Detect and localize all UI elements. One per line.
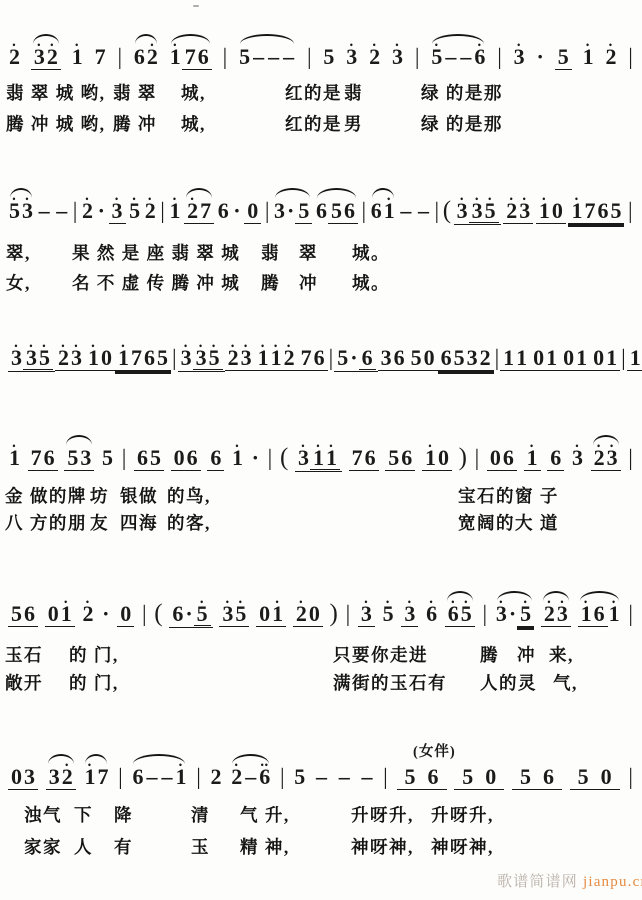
note: •1 [174, 766, 187, 788]
note: 5 [66, 447, 79, 469]
lyric-text: 男 [344, 115, 363, 134]
octave-dot: • [274, 342, 278, 351]
beam-group: 76 [298, 347, 328, 371]
lyric-text: 腾 冲 [113, 115, 157, 134]
watermark-site-name: 歌谱简谱网 [497, 874, 578, 890]
note: •3 [297, 447, 310, 469]
note: •3 [345, 46, 358, 68]
octave-dot: • [464, 598, 468, 607]
octave-dot: • [42, 342, 46, 351]
octave-dot: • [475, 195, 479, 204]
barline: | [328, 346, 335, 369]
note: 7 [94, 46, 107, 68]
note: •3 [513, 46, 526, 68]
lyric-text: 敞开 [5, 674, 43, 693]
notation-line: 560•1•2·0|(6·•5•3•50•1•20)|•3•5•3•6•6•5|… [8, 583, 634, 628]
note: •2 [8, 46, 21, 68]
note: •2 [230, 766, 243, 788]
lyric-text: 女, [6, 274, 31, 293]
octave-dot: • [408, 598, 412, 607]
beam-group: •16 [578, 603, 608, 627]
octave-dot: • [575, 442, 579, 451]
lyric-text: 气 升, [240, 806, 290, 825]
lyric-text: 八 方的朋 [5, 514, 87, 533]
note: •5 [382, 603, 395, 625]
octave-dot: • [12, 195, 16, 204]
note: 5 [336, 347, 349, 369]
beam-group: 56 [385, 447, 415, 471]
beam-group: 01 [590, 347, 620, 371]
slur-group: •2•3 [591, 447, 621, 471]
duration-dash: – [398, 200, 413, 222]
parenthesis: ) [330, 601, 338, 626]
note: 5 [330, 200, 343, 222]
note: •1 [257, 347, 270, 369]
beam-group: •2•3 [541, 603, 571, 627]
octave-dot: • [235, 761, 239, 770]
note: •6 [425, 603, 438, 625]
note: •1 [117, 347, 130, 369]
octave-dot: • [235, 442, 239, 451]
note: 0 [437, 447, 450, 469]
scan-artifact [193, 5, 199, 7]
barline: | [171, 346, 178, 369]
beam-group: •3•5 [219, 603, 249, 627]
beam-group: 01 [530, 347, 560, 371]
note: 6 [197, 46, 210, 68]
slur-arc [317, 188, 356, 198]
beam-group: 0•1 [45, 603, 75, 627]
beam-group: 76 [182, 46, 212, 70]
note: 6 [171, 603, 184, 625]
note: •6 [473, 46, 486, 68]
beam-group: 11 [500, 347, 530, 371]
beam-group: •1765 [115, 347, 171, 371]
octave-dot: • [244, 342, 248, 351]
octave-dot: • [133, 195, 137, 204]
beam-group: 6 [359, 347, 376, 370]
notation-line: •2•3•2•17|6•2•176|5–––|5•3•2•3|•5––•6|•3… [8, 27, 634, 70]
note: •3 [403, 603, 416, 625]
note: •2 [368, 46, 381, 68]
augmentation-dot: · [101, 603, 110, 625]
duration-dash: – [359, 766, 374, 788]
note: 6 [133, 46, 146, 68]
parenthesis: ( [280, 445, 288, 470]
octave-dot: • [121, 342, 125, 351]
note: •1 [526, 447, 539, 469]
duration-dash: – [458, 46, 473, 68]
beam-group: •3 [401, 603, 418, 627]
duration-dash: – [314, 766, 329, 788]
barline: | [306, 45, 313, 68]
lyric-text: 宽阔的大 道 [458, 514, 559, 533]
slur-group: 6––•1 [131, 766, 187, 788]
beam-group: 0 [117, 603, 134, 627]
beam-group: 76 [28, 447, 58, 471]
note: •3 [33, 46, 46, 68]
octave-dot: • [261, 342, 265, 351]
note: 0 [484, 766, 497, 788]
slur-arc [48, 754, 74, 764]
octave-dot: • [226, 598, 230, 607]
beam-group: 65 [134, 447, 164, 471]
note: 0 [423, 347, 436, 369]
beam-group: 0 [244, 200, 261, 224]
slur-group: •176 [169, 46, 212, 70]
lyric-text: 宝石的窗 子 [458, 487, 559, 506]
note: •5 [460, 603, 473, 625]
duration-dash: – [281, 46, 296, 68]
note: 7 [30, 447, 43, 469]
duration-dash: – [416, 200, 431, 222]
lyric-text: 升呀升, [431, 806, 494, 825]
beam-group: •5 [194, 603, 211, 626]
note: •3 [111, 200, 124, 222]
octave-dot: • [560, 598, 564, 607]
note: •1 [87, 347, 100, 369]
note: 1 [502, 347, 515, 369]
lyric-text: 四海 [120, 514, 158, 533]
note: 3 [466, 347, 479, 369]
note: •5 [38, 347, 51, 369]
octave-dot: • [547, 598, 551, 607]
lyric-text: 城, [181, 115, 206, 134]
beam-group: •2•3 [225, 347, 255, 371]
note: •3 [391, 46, 404, 68]
octave-dot: • [429, 598, 433, 607]
beam-group: 36 [378, 347, 408, 371]
note: •2 [505, 200, 518, 222]
note: 5 [609, 200, 622, 222]
octave-dot: • [435, 41, 439, 50]
octave-dot: • [597, 442, 601, 451]
note: 5 [410, 347, 423, 369]
barline: | [627, 45, 634, 68]
note: •1 [608, 603, 621, 625]
slur-group: 53 [64, 447, 94, 471]
beam-group: 11 [627, 347, 642, 371]
note: 6 [502, 447, 515, 469]
slur-group: •5––•6 [430, 46, 486, 68]
note: 0 [489, 447, 502, 469]
octave-dot: • [517, 41, 521, 50]
octave-dot: • [173, 195, 177, 204]
octave-dot: • [65, 761, 69, 770]
lyric-text: 满街的玉石有 [333, 674, 447, 693]
octave-dot: • [488, 195, 492, 204]
note: 1 [575, 347, 588, 369]
note: •1 [8, 447, 21, 469]
note: •1 [424, 447, 437, 469]
barline: | [117, 765, 124, 788]
lyric-text: 有 [114, 838, 133, 857]
beam-group: 50 [454, 766, 504, 790]
octave-dot: • [299, 598, 303, 607]
lyric-text: 友 [90, 514, 109, 533]
note: 6 [143, 347, 156, 369]
note: •1 [270, 347, 283, 369]
octave-dot: • [64, 598, 68, 607]
note: •2 [146, 46, 159, 68]
lyric-text: 腾 冲 城 哟, [6, 115, 106, 134]
slur-group: 3·5 [273, 200, 312, 224]
octave-dot: • [428, 442, 432, 451]
note: •1 [271, 603, 284, 625]
barline: | [496, 45, 503, 68]
note: •1 [580, 603, 593, 625]
beam-group: 01 [560, 347, 590, 371]
beam-group: •3•3•5 [8, 347, 55, 372]
note: 7 [351, 447, 364, 469]
octave-dot: • [386, 598, 390, 607]
note: 0 [308, 603, 321, 625]
note: •5 [484, 200, 497, 222]
beam-group: 56 [397, 766, 447, 790]
octave-dot: • [460, 195, 464, 204]
note: •2 [593, 447, 606, 469]
note: 6 [361, 347, 374, 369]
note: 0 [119, 603, 132, 625]
slur-group: •3·•5 [495, 603, 534, 627]
lyric-text: 只要你走进 [333, 646, 428, 665]
beam-group: •10 [422, 447, 452, 471]
parenthesis: ) [459, 445, 467, 470]
note: 6 [393, 347, 406, 369]
beam-group: 56 [512, 766, 562, 790]
note: 6 [440, 347, 453, 369]
note: •2 [186, 200, 199, 222]
octave-dot: • [350, 41, 354, 50]
barline: | [264, 199, 271, 222]
note: •5 [8, 200, 21, 222]
beam-group: 6 [547, 447, 564, 471]
note: 0 [246, 200, 259, 222]
note: 6 [209, 447, 222, 469]
octave-dot: • [612, 598, 616, 607]
octave-dot: • [542, 195, 546, 204]
octave-dot: • [510, 195, 514, 204]
note: 3 [23, 766, 36, 788]
slur-group: 6•1 [370, 200, 396, 222]
note: 1 [605, 347, 618, 369]
beam-group: •10 [85, 347, 115, 371]
lyric-text: 的 门, [69, 646, 119, 665]
beam-group: •3•3•5 [178, 347, 225, 372]
beam-group: 03 [8, 766, 38, 790]
beam-group: •2•3 [503, 200, 533, 224]
octave-dot: • [373, 41, 377, 50]
octave-dot: • [301, 442, 305, 451]
watermark-domain[interactable]: jianpu.cn [583, 874, 642, 890]
lyric-text: 神呀神, [431, 838, 494, 857]
lyric-text: 绿 的是那 [421, 84, 503, 103]
slur-arc [432, 34, 484, 44]
barline: | [72, 199, 79, 222]
watermark: 歌谱简谱网 jianpu.cn [497, 870, 642, 891]
barline: | [627, 765, 634, 788]
lyric-text: 坊 [90, 487, 109, 506]
lyric-text: 翡 翠 [113, 84, 157, 103]
slur-group: 5––– [238, 46, 296, 68]
note: 6 [400, 447, 413, 469]
note: •5 [196, 603, 209, 625]
lyric-text: 城, [181, 84, 206, 103]
augmentation-dot: · [508, 603, 517, 625]
barline: | [627, 602, 634, 625]
duration-dash: – [54, 200, 69, 222]
slur-group: •2–••6 [230, 766, 271, 788]
slur-arc [275, 188, 310, 198]
barline: | [474, 446, 481, 469]
beam-group: 06 [487, 447, 517, 471]
octave-dot: • [329, 442, 333, 451]
octave-dot: • [179, 761, 183, 770]
note: •3 [25, 347, 38, 369]
augmentation-dot: · [232, 200, 241, 222]
beam-group: •1•1•2 [255, 347, 298, 371]
beam-group: •1•1 [310, 447, 340, 470]
parenthesis: ( [443, 198, 451, 223]
note: •2 [61, 766, 74, 788]
note: 5 [101, 447, 114, 469]
note: 7 [300, 347, 313, 369]
octave-dot: • [115, 195, 119, 204]
note: •5 [234, 603, 247, 625]
augmentation-dot: · [251, 447, 260, 469]
note: 7 [96, 766, 109, 788]
note: 7 [184, 46, 197, 68]
lyric-text: 翡 翠 城 哟, [6, 84, 106, 103]
beam-group: •3•5 [23, 347, 53, 370]
note: 5 [577, 766, 590, 788]
lyric-text: 翡 [344, 84, 363, 103]
augmentation-dot: · [184, 603, 193, 625]
note: •1 [231, 447, 244, 469]
beam-group: 5 [555, 46, 572, 70]
octave-dot: • [86, 598, 90, 607]
note: 0 [551, 200, 564, 222]
octave-dot: • [530, 442, 534, 451]
note: 6 [549, 447, 562, 469]
note: •2 [543, 603, 556, 625]
note: •6 [447, 603, 460, 625]
note: 0 [562, 347, 575, 369]
lyric-text: 红的是 [285, 84, 342, 103]
lyric-text: 玉 [191, 838, 210, 857]
lyric-text: 的客, [167, 514, 211, 533]
duration-dash: – [443, 46, 458, 68]
note: 5 [461, 766, 474, 788]
note: 5 [293, 766, 306, 788]
octave-dot: • [91, 342, 95, 351]
parenthesis: ( [154, 601, 162, 626]
beam-group: •27 [184, 200, 214, 224]
octave-dot: • [85, 195, 89, 204]
beam-group: 6·•5 [169, 603, 212, 628]
lyric-text: 翠, [6, 244, 31, 263]
octave-dot: • [451, 598, 455, 607]
beam-group: •3•2 [31, 46, 61, 70]
note: •1 [169, 46, 182, 68]
note: 6 [343, 200, 356, 222]
lyric-text: 下 [74, 806, 93, 825]
note: 6 [370, 200, 383, 222]
note: 5 [297, 200, 310, 222]
barline: | [620, 346, 627, 369]
barline: | [627, 446, 634, 469]
note: 6 [43, 447, 56, 469]
note: •5 [208, 347, 221, 369]
note: •2 [144, 200, 157, 222]
note: •2 [46, 46, 59, 68]
beam-group: •10 [536, 200, 566, 224]
lyric-text: 的鸟, [167, 487, 211, 506]
note: 5 [404, 766, 417, 788]
note: •2 [283, 347, 296, 369]
octave-dot: • [25, 195, 29, 204]
notation-line: 033•2•17|6––•1|2•2–••6|5–––|56505650| [8, 747, 634, 790]
octave-dot: • [12, 442, 16, 451]
duration-dash: – [144, 766, 159, 788]
lyric-text: 玉石 [5, 646, 43, 665]
augmentation-dot: · [286, 200, 295, 222]
note: •1 [325, 447, 338, 469]
barline: | [482, 602, 489, 625]
lyric-text: 人 [74, 838, 93, 857]
note: •3 [240, 347, 253, 369]
slur-group: •27 [184, 200, 214, 224]
octave-dot: • [61, 342, 65, 351]
duration-dash: – [266, 46, 281, 68]
note: •3 [571, 447, 584, 469]
lyric-text: 精 神, [240, 838, 290, 857]
note: 3 [380, 347, 393, 369]
beam-group: •2•3 [591, 447, 621, 471]
sheet-music-page: (女伴) 歌谱简谱网 jianpu.cn •2•3•2•17|6•2•176|5… [0, 0, 642, 900]
barline: | [222, 45, 229, 68]
augmentation-dot: · [349, 347, 358, 369]
octave-dot: • [239, 598, 243, 607]
octave-dot: • [212, 342, 216, 351]
note: •1 [83, 766, 96, 788]
note: •3 [180, 347, 193, 369]
octave-dot: • [586, 41, 590, 50]
note: •3 [518, 200, 531, 222]
note: 0 [600, 766, 613, 788]
note: 6 [131, 766, 144, 788]
note: •3 [456, 200, 469, 222]
beam-group: •3•3•5 [454, 200, 501, 225]
beam-group: 53 [64, 447, 94, 471]
octave-dot: • [191, 195, 195, 204]
lyric-text: 家家 [24, 838, 62, 857]
augmentation-dot: · [536, 46, 545, 68]
note: •1 [60, 603, 73, 625]
barline: | [121, 446, 128, 469]
note: •2 [227, 347, 240, 369]
note: •1 [71, 46, 84, 68]
lyric-text: 城。 [352, 274, 390, 293]
note: 3 [273, 200, 286, 222]
barline: | [361, 199, 368, 222]
slur-group: •6•5 [445, 603, 475, 627]
note: •1 [312, 447, 325, 469]
slur-group: •17 [83, 766, 109, 788]
note: 5 [387, 447, 400, 469]
octave-dot: • [478, 41, 482, 50]
note: 5 [156, 347, 169, 369]
